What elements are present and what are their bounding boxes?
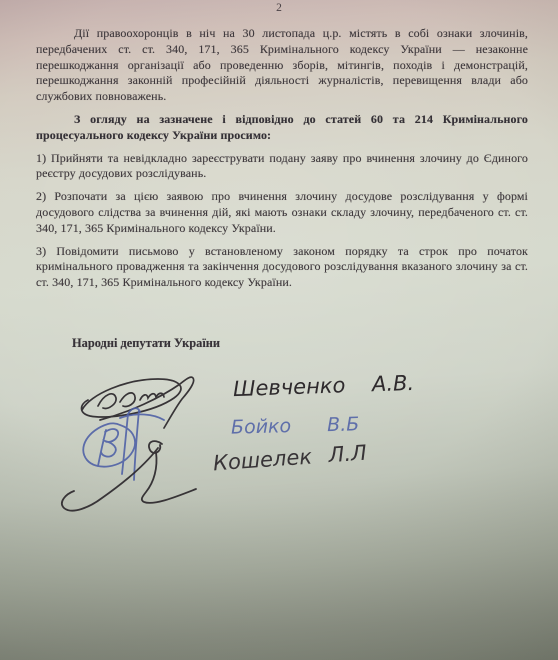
document-photo: 2 Дії правоохоронців в ніч на 30 листопа… — [0, 0, 558, 660]
signers-heading: Народні депутати України — [72, 336, 220, 351]
request-item-1: 1) Прийняти та невідкладно зареєструвати… — [36, 151, 528, 183]
document-body: Дії правоохоронців в ніч на 30 листопада… — [36, 26, 528, 298]
paragraph-request-heading: З огляду на зазначене і відповідно до ст… — [36, 112, 528, 144]
signer-name-shevchenko: Шевченко А.В. — [233, 371, 415, 401]
signer-name-koshelek: Кошелек Л.Л — [212, 441, 367, 476]
request-item-2: 2) Розпочати за цією заявою про вчинення… — [36, 189, 528, 236]
page-number: 2 — [0, 2, 558, 14]
signature-koshelek — [50, 436, 200, 516]
request-item-3: 3) Повідомити письмово у встановленому з… — [36, 244, 528, 291]
signer-name-boyko: Бойко В.Б — [231, 413, 360, 438]
paragraph-offences: Дії правоохоронців в ніч на 30 листопада… — [36, 26, 528, 105]
